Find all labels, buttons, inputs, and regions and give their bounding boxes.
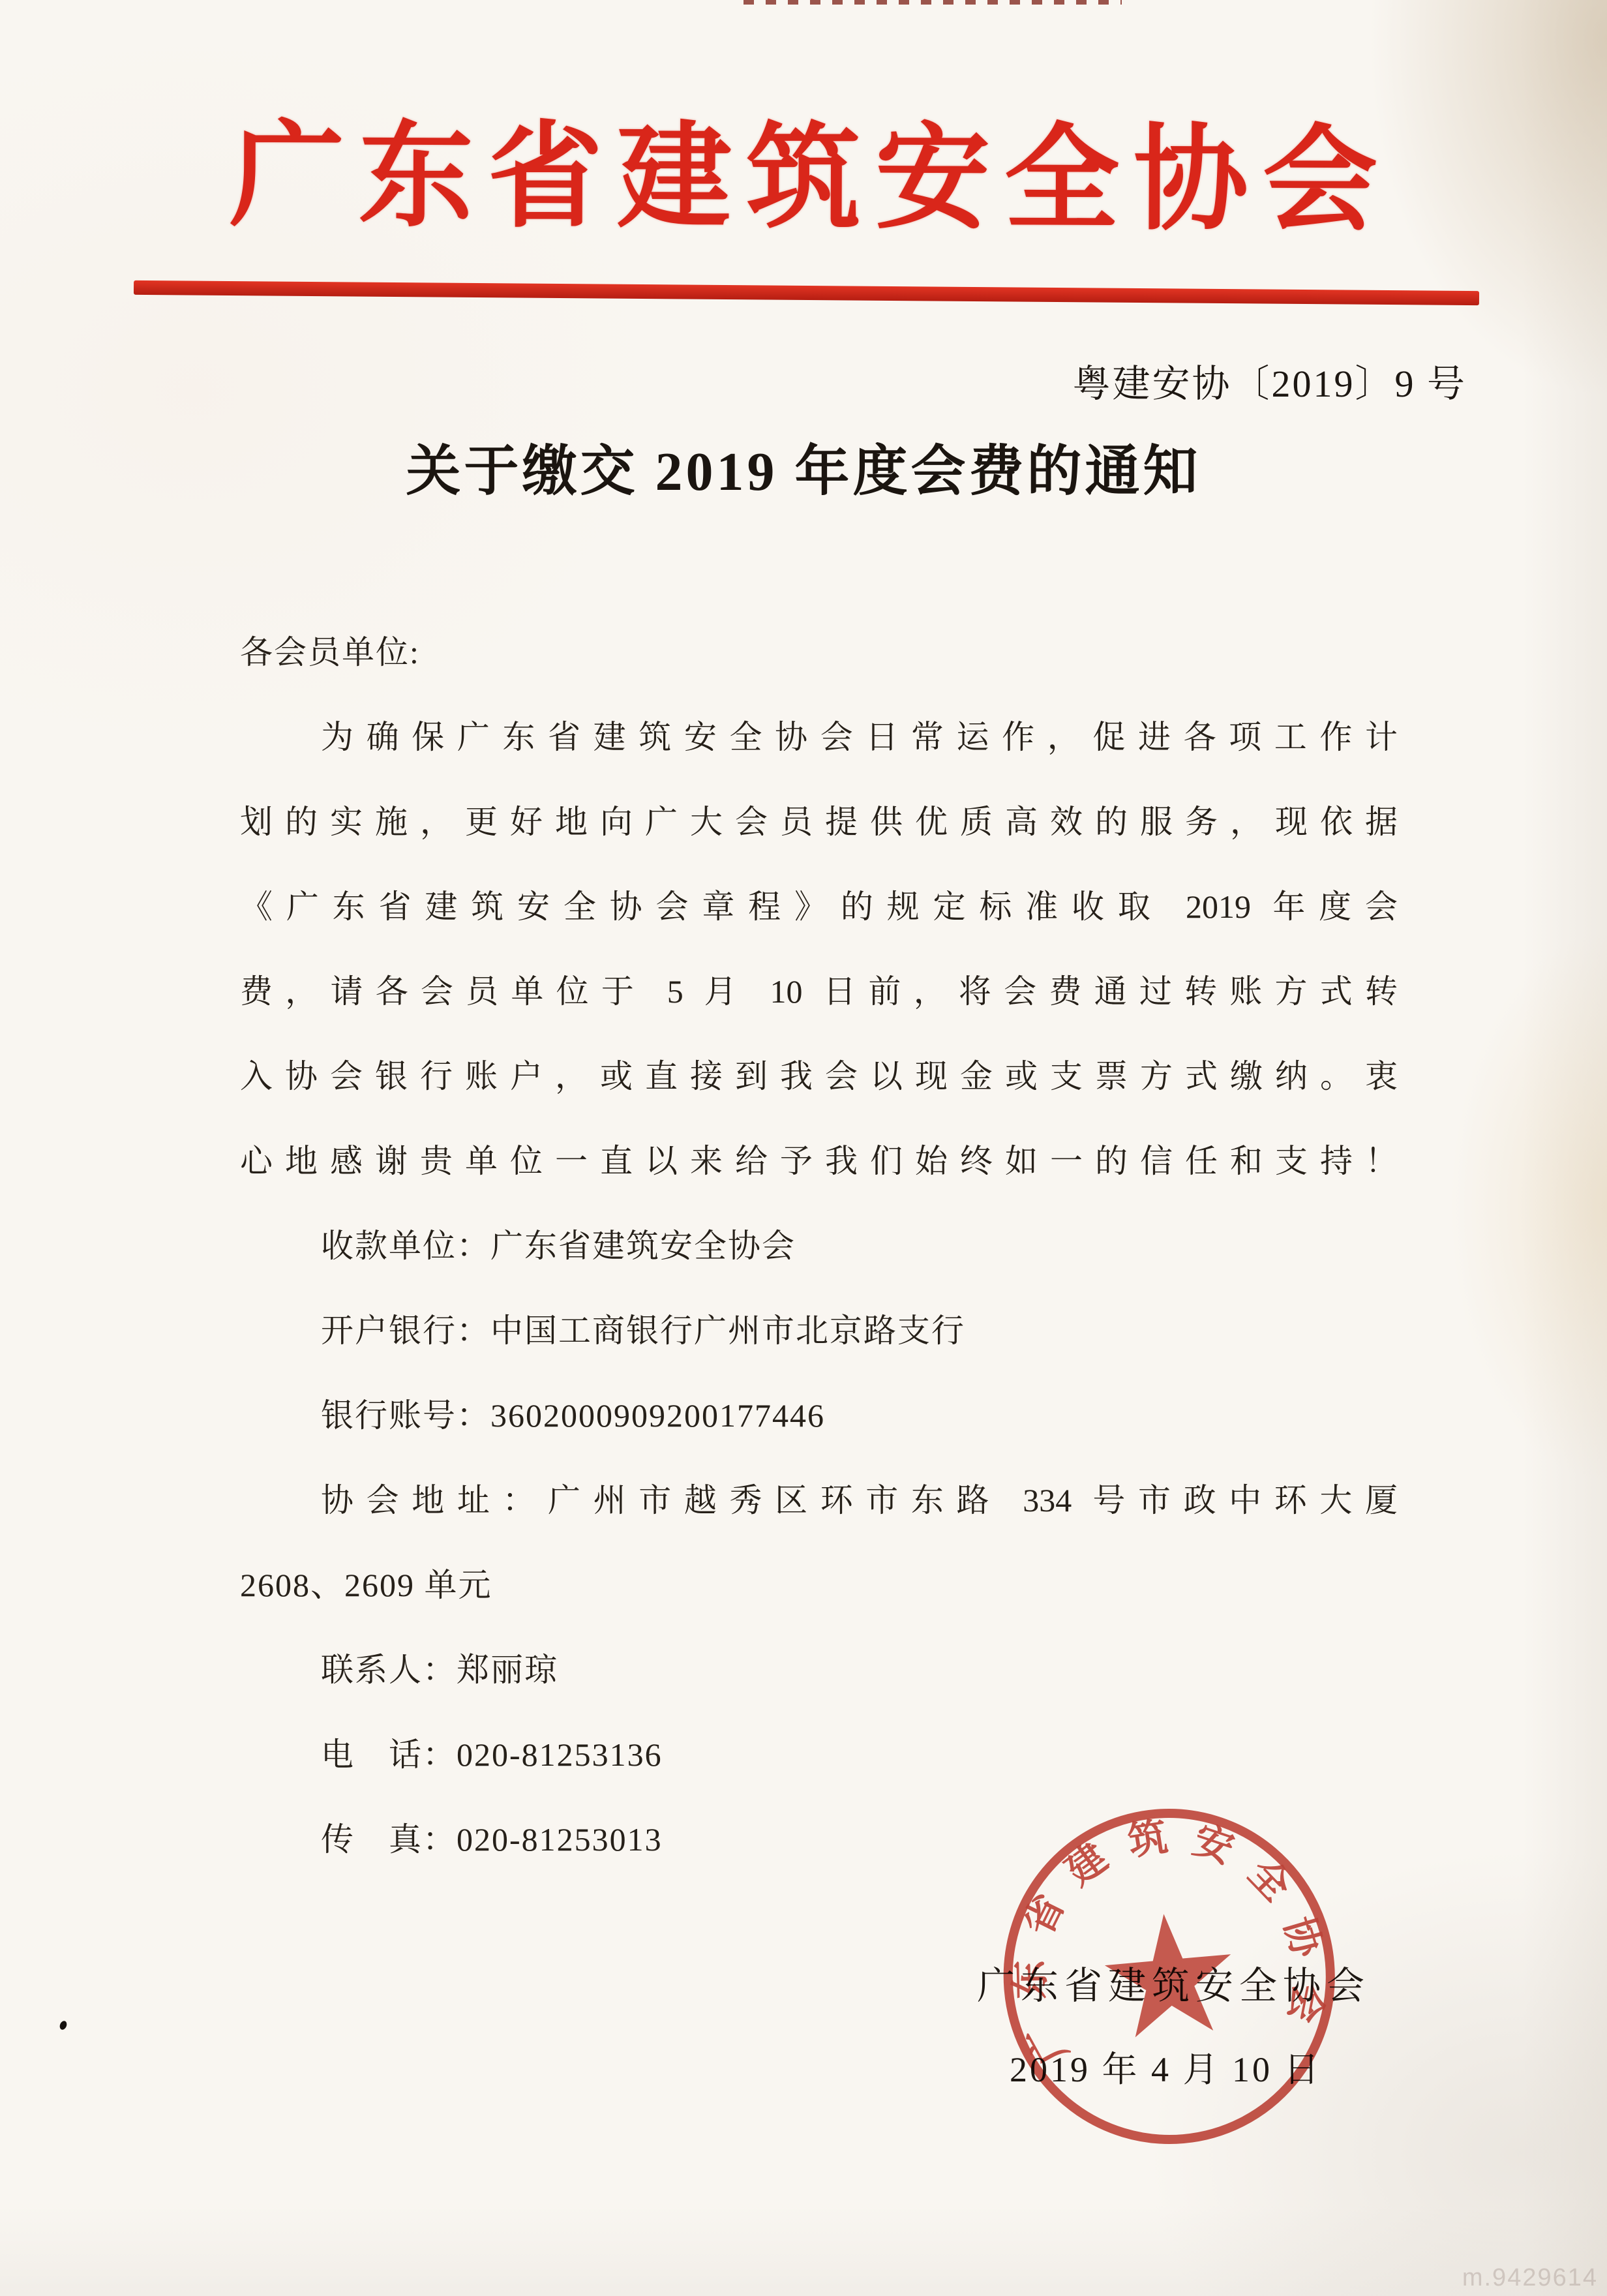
body-line: 《广东省建筑安全协会章程》的规定标准收取 2019 年度会 bbox=[240, 864, 1398, 949]
seal-star-icon bbox=[1101, 1909, 1237, 2040]
body-line: 为确保广东省建筑安全协会日常运作，促进各项工作计 bbox=[240, 695, 1398, 779]
body-line-contact: 联系人：郑丽琼 bbox=[240, 1627, 1398, 1712]
body-line-bank: 开户银行：中国工商银行广州市北京路支行 bbox=[240, 1288, 1398, 1373]
document-number: 粤建安协〔2019〕9 号 bbox=[1072, 363, 1467, 406]
body-line-address: 协会地址：广州市越秀区环市东路 334 号市政中环大厦 bbox=[240, 1458, 1398, 1543]
body-line: 费，请各会员单位于 5 月 10 日前，将会费通过转账方式转 bbox=[240, 949, 1398, 1034]
letterhead-org-name: 广东省建筑安全协会 bbox=[0, 101, 1607, 258]
official-seal: 广东省建筑安全协会 bbox=[982, 1791, 1357, 2166]
body-line-address-2: 2608、2609 单元 bbox=[240, 1543, 1398, 1627]
body-line-salutation: 各会员单位: bbox=[240, 610, 1398, 695]
body-line: 心地感谢贵单位一直以来给予我们始终如一的信任和支持！ bbox=[240, 1119, 1398, 1203]
watermark: m.9429614 bbox=[1462, 2264, 1598, 2292]
scan-artifact-top-edge bbox=[743, 0, 1122, 5]
body-line: 划的实施，更好地向广大会员提供优质高效的服务，现依据 bbox=[240, 779, 1398, 864]
ink-speck bbox=[59, 2020, 68, 2031]
body-line-phone: 电 话：020-81253136 bbox=[240, 1712, 1398, 1797]
body-line-account: 银行账号：3602000909200177446 bbox=[240, 1373, 1398, 1458]
scanned-notice-page: { "header": { "org_name": "广东省建筑安全协会", "… bbox=[0, 0, 1607, 2296]
document-title: 关于缴交 2019 年度会费的通知 bbox=[0, 438, 1607, 506]
body-line-payee: 收款单位：广东省建筑安全协会 bbox=[240, 1203, 1398, 1288]
body-line: 入协会银行账户，或直接到我会以现金或支票方式缴纳。衷 bbox=[240, 1034, 1398, 1119]
body-text: 各会员单位: 为确保广东省建筑安全协会日常运作，促进各项工作计 划的实施，更好地… bbox=[240, 610, 1398, 1882]
letterhead-divider bbox=[134, 280, 1479, 305]
